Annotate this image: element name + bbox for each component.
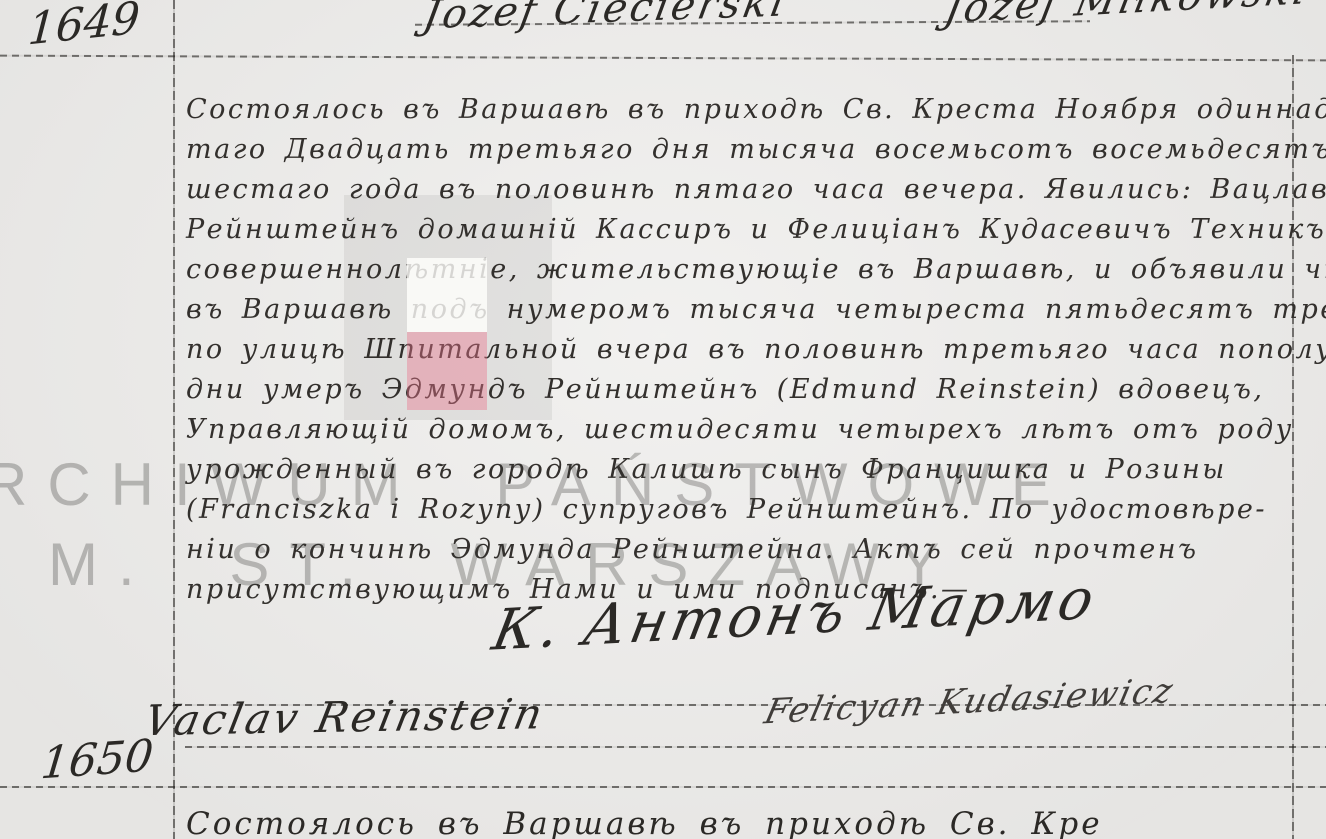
record-line-8: дни умеръ Эдмундъ Рейнштейнъ (Edmund Rei… (186, 370, 1264, 410)
record-line-10: урожденный въ городѣ Калишѣ сынъ Франциш… (186, 450, 1227, 490)
record-line-2: таго Двадцать третьяго дня тысяча восемь… (186, 130, 1326, 170)
witness-signature-reinstein: Vaclav Reinstein (140, 689, 549, 745)
record-1650-first-line: Состоялось въ Варшавѣ въ приходѣ Св. Кре (186, 806, 1103, 839)
record-line-12: ніи о кончинѣ Эдмунда Рейнштейна. Актъ с… (186, 530, 1199, 570)
record-number-1649: 1649 (26, 0, 141, 56)
record-top-rule (0, 55, 1326, 62)
header-signature-ciecierski: Jozef Ciecierski (420, 0, 791, 38)
scanned-register-page: 1649 Jozef Ciecierski Józef Miłkowski Со… (0, 0, 1326, 839)
record-line-6: въ Варшавѣ подъ нумеромъ тысяча четырест… (186, 290, 1326, 330)
record-line-9: Управляющій домомъ, шестидесяти четырехъ… (186, 410, 1294, 450)
record-line-4: Рейнштейнъ домашній Кассиръ и Фелиціанъ … (186, 210, 1326, 250)
record-line-1: Состоялось въ Варшавѣ въ приходѣ Св. Кре… (186, 90, 1326, 130)
record-line-11: (Franciszka i Rozyny) супруговъ Рейнштей… (186, 490, 1267, 530)
witness-signature-kudasiewicz: Felicyan Kudasiewicz (761, 671, 1179, 733)
record-number-1650: 1650 (39, 730, 156, 789)
record-bottom-rule-2 (185, 746, 1326, 748)
header-signature-milkowski: Józef Miłkowski (941, 0, 1314, 33)
record-line-5: совершеннолѣтніе, жительствующіе въ Варш… (186, 250, 1326, 290)
record-line-3: шестаго года въ половинѣ пятаго часа веч… (186, 170, 1326, 210)
record-line-7: по улицѣ Шпитальной вчера въ половинѣ тр… (186, 330, 1326, 370)
record-separator-rule (0, 786, 1326, 788)
